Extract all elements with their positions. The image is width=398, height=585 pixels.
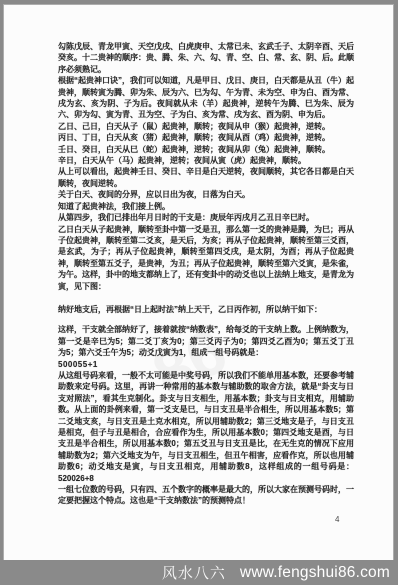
footer-site-url: www.fengshui86.com bbox=[240, 564, 390, 582]
paragraph-guardian-gods-order: 勾陈戊辰、青龙甲寅、天空戊戌、白虎庚申、太常已未、玄武壬子、太阴辛酉、天后癸亥。… bbox=[58, 41, 354, 75]
paragraph-summary-rotation: 从上可以看出，起贵神壬日、癸日、辛日是白天逆转，夜间顺转，其它各日都是白天顺转，… bbox=[58, 166, 354, 189]
paragraph-heavenly-stems: 纳好地支后，再根据“日上起时法”纳上天干，乙日丙作初，所以纳干如下： bbox=[58, 304, 354, 315]
paragraph-continue-example: 知道了起贵神法，我们接上例。 bbox=[58, 201, 354, 212]
paragraph-number-table: 这样，干支就全部纳好了，接着就按“纳数表”，给每爻的干支纳上数。上例纳数为，第一… bbox=[58, 324, 354, 358]
number-line-basic: 500055+1 bbox=[58, 359, 354, 370]
paragraph-xin-day: 辛日，白天从午（马）起贵神，逆转；夜间从寅（虎）起贵神，顺转。 bbox=[58, 155, 354, 166]
paragraph-day-night-boundary: 关于白天、夜间的分界，应以日出为夜，日落为白天。 bbox=[58, 189, 354, 200]
paragraph-yi-ji-days: 乙日、己日，白天从子（鼠）起贵神，顺转；夜间从申（猴）起贵神，逆转。 bbox=[58, 121, 354, 132]
paragraph-mnemonic-rule: 根据“起贵神口诀”，我们可以知道，凡是甲日、戊日、庚日，白天都是从丑（牛）起贵神… bbox=[58, 75, 354, 121]
watermark-footer-bar: 风水八六 www.fengshui86.com bbox=[0, 560, 398, 585]
scanned-book-page: 86 勾陈戊辰、青龙甲寅、天空戊戌、白虎庚申、太常已未、玄武壬子、太阴辛酉、天后… bbox=[3, 4, 394, 561]
paragraph-aux-number-method: 从这组号码来看，一般不太可能是中奖号码，所以我们不能单用基本数，还要参考辅助数来… bbox=[58, 370, 354, 484]
paragraph-lines-assignment: 乙日白天从子起贵神，顺转至卦中第一爻是丑，那么第一爻的贵神是腾，为巳；再从子位起… bbox=[58, 224, 354, 292]
page-text-block: 勾陈戊辰、青龙甲寅、天空戊戌、白虎庚申、太常已未、玄武壬子、太阴辛酉、天后癸亥。… bbox=[58, 41, 354, 507]
page-number: 4 bbox=[335, 515, 339, 524]
paragraph-prediction-tip: 一组七位数的号码，只有四、五个数字的概率是最大的，所以大家在预测号码时，一定要把… bbox=[58, 484, 354, 507]
paragraph-ren-gui-days: 壬日、癸日，白天从巳（蛇）起贵神，逆转；夜间从卯（兔）起贵神，顺转。 bbox=[58, 144, 354, 155]
paragraph-step-four-ganzhi: 从第四步，我们已排出年月日时的干支是：庚辰年丙戌月乙丑日辛巳时。 bbox=[58, 212, 354, 223]
paragraph-bing-ding-days: 丙日、丁日，白天从亥（猪）起贵神，顺转；夜间从酉（鸡）起贵神，逆转。 bbox=[58, 132, 354, 143]
footer-site-name: 风水八六 bbox=[162, 562, 226, 583]
